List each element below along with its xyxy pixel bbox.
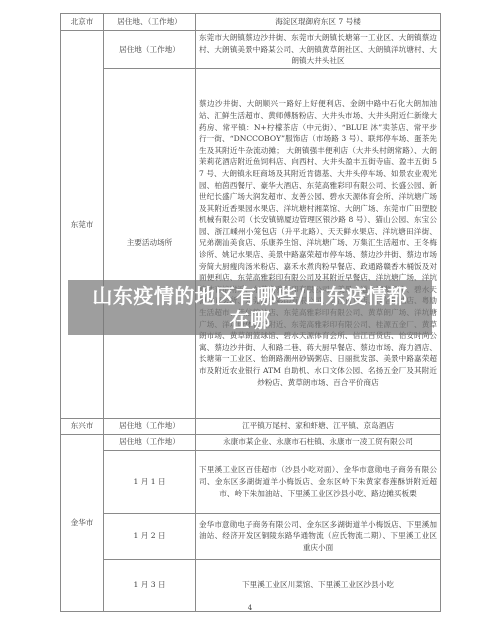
content-cell-dongguan-activity: 蔡边沙井街、大朗顺兴一路好上好便利店、金朗中路中石化大朗加油站、汇鲜生活超市、黄…: [196, 68, 441, 418]
date-cell-day2: 1 月 2 日: [104, 513, 196, 559]
label-cell-beijing: 居住地、（工作地）: [104, 14, 196, 31]
table-row-jinhua-day1: 1 月 1 日 下里溪工业区百佳超市（沙县小吃对面）、金华市意勋电子商务有限公司…: [61, 450, 441, 513]
table-row-jinhua-day2: 1 月 2 日 金华市意勋电子商务有限公司、金东区多湖街道羊小梅饭店、下里溪加油…: [61, 513, 441, 559]
content-cell-dongguan-residence: 东莞市大朗镇蔡边沙井街、东莞市大朗镇长塘第一工业区、大朗镇蔡边村、大朗镇美景中路…: [196, 31, 441, 69]
table-row-dongxing: 东兴市 居住地（工作地） 江平镇万尾村、家和虾塘、江平镇、京岛酒店: [61, 418, 441, 434]
city-cell-jinhua: 金华市: [61, 434, 104, 611]
page-number: 4: [0, 604, 500, 612]
city-cell-dongguan: 东莞市: [61, 31, 104, 419]
label-cell-dongguan-activity: 主要活动场所: [104, 68, 196, 418]
label-cell-dongxing: 居住地（工作地）: [104, 418, 196, 434]
label-cell-dongguan-residence: 居住地（工作地）: [104, 31, 196, 69]
overlay-title-line2: 在哪: [68, 308, 432, 332]
table-row-dongguan-activity: 主要活动场所 蔡边沙井街、大朗顺兴一路好上好便利店、金朗中路中石化大朗加油站、汇…: [61, 68, 441, 418]
table-row-dongguan-residence: 东莞市 居住地（工作地） 东莞市大朗镇蔡边沙井街、东莞市大朗镇长塘第一工业区、大…: [61, 31, 441, 69]
table-row-beijing: 北京市 居住地、（工作地） 海淀区琨御府东区 7 号楼: [61, 14, 441, 31]
overlay-title-line1: 山东疫情的地区有哪些/山东疫情都: [68, 284, 432, 308]
content-cell-beijing: 海淀区琨御府东区 7 号楼: [196, 14, 441, 31]
city-cell-beijing: 北京市: [61, 14, 104, 31]
city-cell-dongxing: 东兴市: [61, 418, 104, 434]
date-cell-day1: 1 月 1 日: [104, 450, 196, 513]
content-cell-dongxing: 江平镇万尾村、家和虾塘、江平镇、京岛酒店: [196, 418, 441, 434]
content-cell-day1: 下里溪工业区百佳超市（沙县小吃对面）、金华市意勋电子商务有限公司、金东区多湖街道…: [196, 450, 441, 513]
content-cell-jinhua-residence: 永康市某企业、永康市石柱镇、永康市一凌工贸有限公司: [196, 434, 441, 450]
content-cell-day2: 金华市意勋电子商务有限公司、金东区多湖街道羊小梅饭店、下里溪加油站、经济开发区铜…: [196, 513, 441, 559]
document-page: 北京市 居住地、（工作地） 海淀区琨御府东区 7 号楼 东莞市 居住地（工作地）…: [0, 0, 500, 621]
table-row-jinhua-residence: 金华市 居住地（工作地） 永康市某企业、永康市石柱镇、永康市一凌工贸有限公司: [61, 434, 441, 450]
label-cell-jinhua-residence: 居住地（工作地）: [104, 434, 196, 450]
title-overlay-banner: 山东疫情的地区有哪些/山东疫情都 在哪: [68, 280, 432, 335]
